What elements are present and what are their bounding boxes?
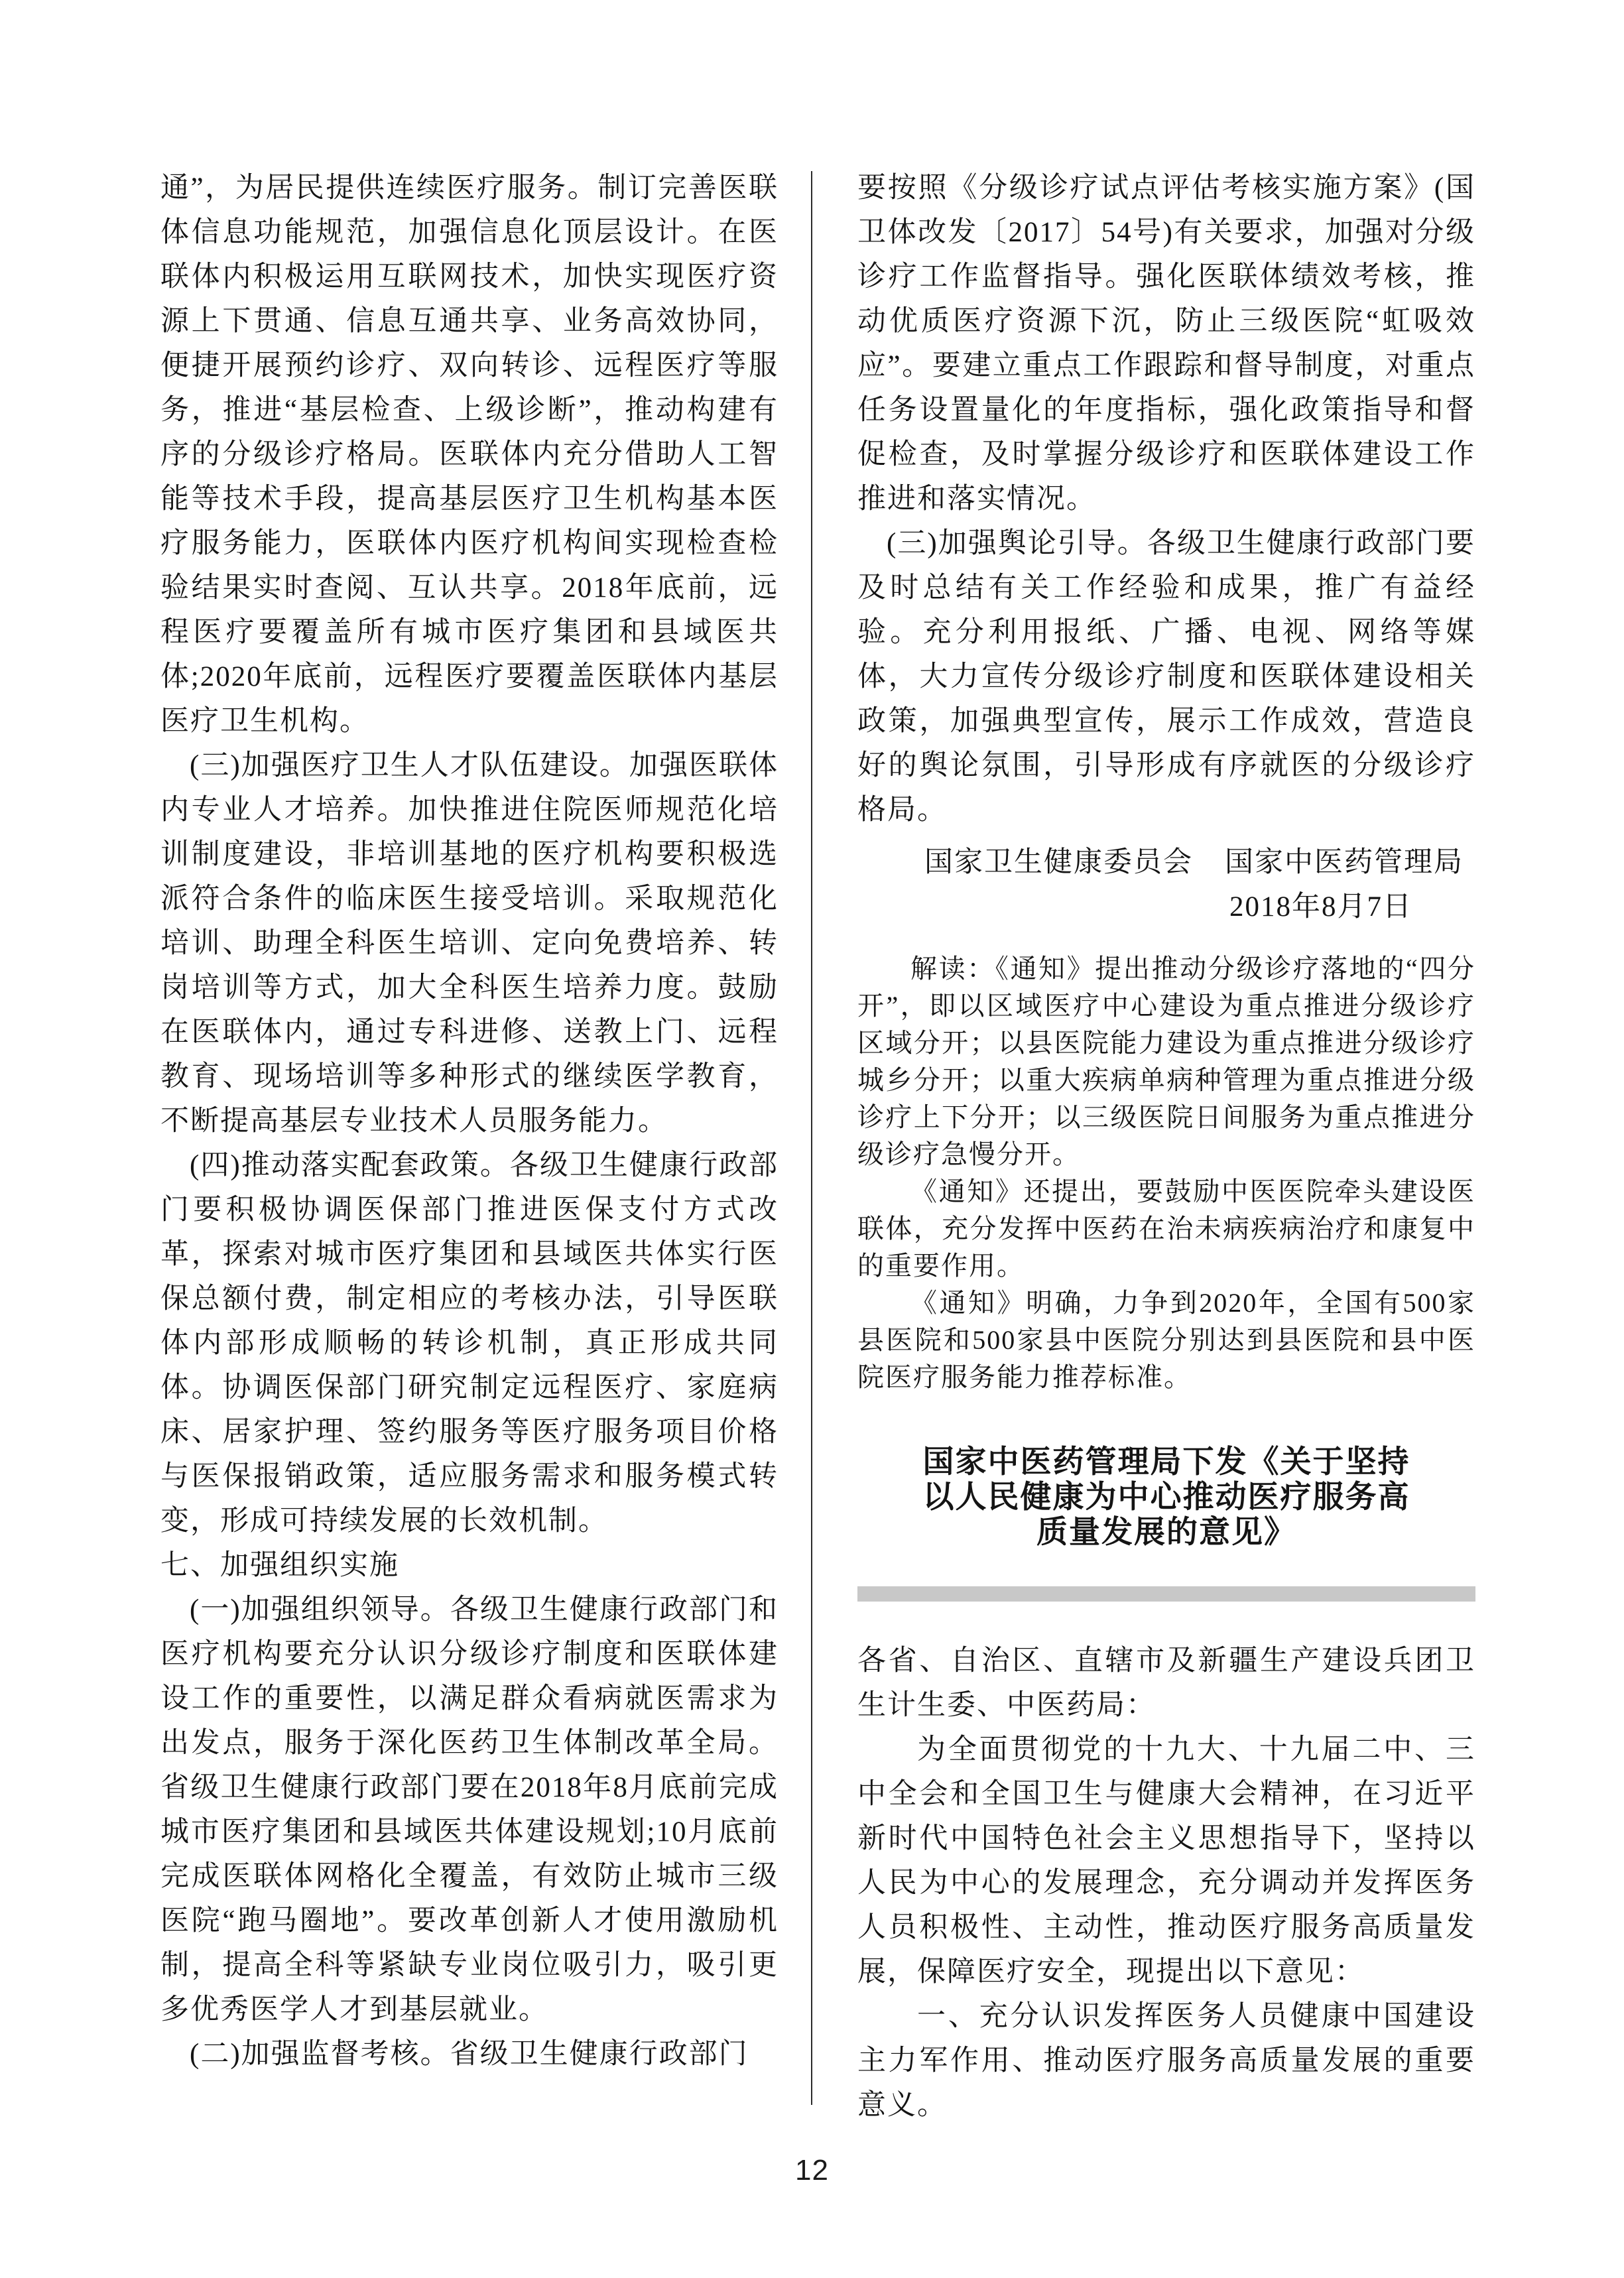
article-heading-line: 国家中医药管理局下发《关于坚持 [857, 1444, 1475, 1479]
right-column-bottom-paragraphs: 各省、自治区、直辖市及新疆生产建设兵团卫生计生委、中医药局：为全面贯彻党的十九大… [857, 1639, 1475, 2127]
interpretation-paragraph: 解读：《通知》提出推动分级诊疗落地的“四分开”，即以区域医疗中心建设为重点推进分… [857, 950, 1475, 1173]
right-column-paragraph: 各省、自治区、直辖市及新疆生产建设兵团卫生计生委、中医药局： [857, 1639, 1475, 1728]
left-column-paragraph: (四)推动落实配套政策。各级卫生健康行政部门要积极协调医保部门推进医保支付方式改… [160, 1143, 779, 1543]
document-page: 通”，为居民提供连续医疗服务。制订完善医联体信息功能规范，加强信息化顶层设计。在… [0, 0, 1624, 2278]
interpretation-paragraph: 《通知》明确，力争到2020年，全国有500家县医院和500家县中医院分别达到县… [857, 1285, 1475, 1396]
column-divider-line [811, 171, 812, 2105]
right-column-paragraph: 为全面贯彻党的十九大、十九届二中、三中全会和全国卫生与健康大会精神，在习近平新时… [857, 1728, 1475, 1994]
article-heading-line: 质量发展的意见》 [857, 1514, 1475, 1549]
heading-underline-bar [857, 1586, 1475, 1602]
right-column-paragraph: 一、充分认识发挥医务人员健康中国建设主力军作用、推动医疗服务高质量发展的重要意义… [857, 1994, 1475, 2127]
right-column-top-paragraphs: 要按照《分级诊疗试点评估考核实施方案》(国卫体改发〔2017〕54号)有关要求，… [857, 166, 1475, 832]
left-column-paragraph: (二)加强监督考核。省级卫生健康行政部门 [160, 2032, 779, 2076]
left-column-paragraph: 通”，为居民提供连续医疗服务。制订完善医联体信息功能规范，加强信息化顶层设计。在… [160, 166, 779, 743]
signature-line: 国家卫生健康委员会 国家中医药管理局 [857, 840, 1475, 885]
page-number: 12 [0, 2154, 1624, 2187]
left-column-paragraph: (三)加强医疗卫生人才队伍建设。加强医联体内专业人才培养。加快推进住院医师规范化… [160, 743, 779, 1143]
right-column-paragraph: (三)加强舆论引导。各级卫生健康行政部门要及时总结有关工作经验和成果，推广有益经… [857, 521, 1475, 832]
right-column: 要按照《分级诊疗试点评估考核实施方案》(国卫体改发〔2017〕54号)有关要求，… [857, 166, 1475, 2127]
signature-org-health-commission: 国家卫生健康委员会 [924, 840, 1193, 885]
interpretation-block: 解读：《通知》提出推动分级诊疗落地的“四分开”，即以区域医疗中心建设为重点推进分… [857, 950, 1475, 1396]
signature-org-tcm-administration: 国家中医药管理局 [1225, 840, 1464, 885]
signature-date: 2018年8月7日 [857, 885, 1475, 929]
left-column-paragraph: (一)加强组织领导。各级卫生健康行政部门和医疗机构要充分认识分级诊疗制度和医联体… [160, 1588, 779, 2032]
interpretation-paragraph: 《通知》还提出，要鼓励中医医院牵头建设医联体，充分发挥中医药在治未病疾病治疗和康… [857, 1173, 1475, 1285]
right-column-paragraph: 要按照《分级诊疗试点评估考核实施方案》(国卫体改发〔2017〕54号)有关要求，… [857, 166, 1475, 521]
article-heading: 国家中医药管理局下发《关于坚持以人民健康为中心推动医疗服务高质量发展的意见》 [857, 1444, 1475, 1549]
left-column: 通”，为居民提供连续医疗服务。制订完善医联体信息功能规范，加强信息化顶层设计。在… [160, 166, 779, 2076]
article-heading-line: 以人民健康为中心推动医疗服务高 [857, 1479, 1475, 1514]
left-column-paragraph: 七、加强组织实施 [160, 1543, 779, 1588]
